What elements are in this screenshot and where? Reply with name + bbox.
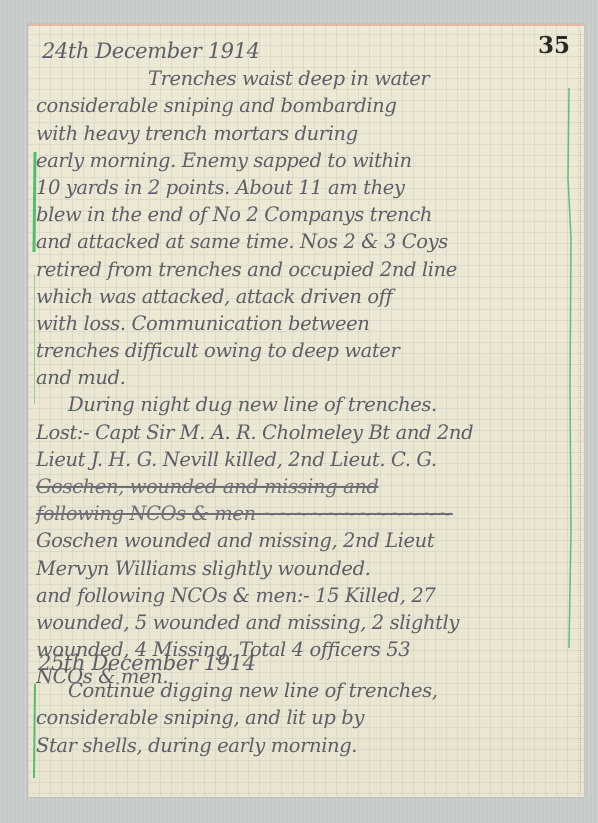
entry-line: which was attacked, attack driven off [28, 283, 584, 310]
entry-line: 10 yards in 2 points. About 11 am they [28, 174, 584, 201]
entry-line: and mud. [28, 364, 584, 391]
diary-entry-25-december: 25th December 1914 Continue digging new … [28, 650, 584, 759]
entry-line: and attacked at same time. Nos 2 & 3 Coy… [28, 228, 584, 255]
entry-line: Continue digging new line of trenches, [28, 677, 584, 704]
diary-page: 35 24th December 1914 Trenches waist dee… [28, 24, 584, 797]
struck-through-line: Goschen, wounded and missing and [28, 473, 584, 500]
struck-through-line: following NCOs & men ~~~~~~~~~~~~ [28, 500, 584, 527]
entry-line: early morning. Enemy sapped to within [28, 147, 584, 174]
entry-line: with loss. Communication between [28, 310, 584, 337]
entry-date-heading: 25th December 1914 [28, 650, 584, 677]
entry-date-heading: 24th December 1914 [28, 38, 584, 65]
entry-line: considerable sniping and bombarding [28, 92, 584, 119]
entry-line: wounded, 5 wounded and missing, 2 slight… [28, 609, 584, 636]
entry-line: Trenches waist deep in water [28, 65, 584, 92]
entry-line: Lost:- Capt Sir M. A. R. Cholmeley Bt an… [28, 419, 584, 446]
entry-line: retired from trenches and occupied 2nd l… [28, 256, 584, 283]
entry-line: Goschen wounded and missing, 2nd Lieut [28, 527, 584, 554]
entry-line: trenches difficult owing to deep water [28, 337, 584, 364]
entry-line: blew in the end of No 2 Companys trench [28, 201, 584, 228]
entry-line: Mervyn Williams slightly wounded. [28, 555, 584, 582]
entry-line: considerable sniping, and lit up by [28, 704, 584, 731]
entry-line: Lieut J. H. G. Nevill killed, 2nd Lieut.… [28, 446, 584, 473]
entry-line: and following NCOs & men:- 15 Killed, 27 [28, 582, 584, 609]
entry-line: During night dug new line of trenches. [28, 391, 584, 418]
entry-line: with heavy trench mortars during [28, 120, 584, 147]
diary-entry-24-december: 24th December 1914 Trenches waist deep i… [28, 38, 584, 691]
entry-line: Star shells, during early morning. [28, 732, 584, 759]
